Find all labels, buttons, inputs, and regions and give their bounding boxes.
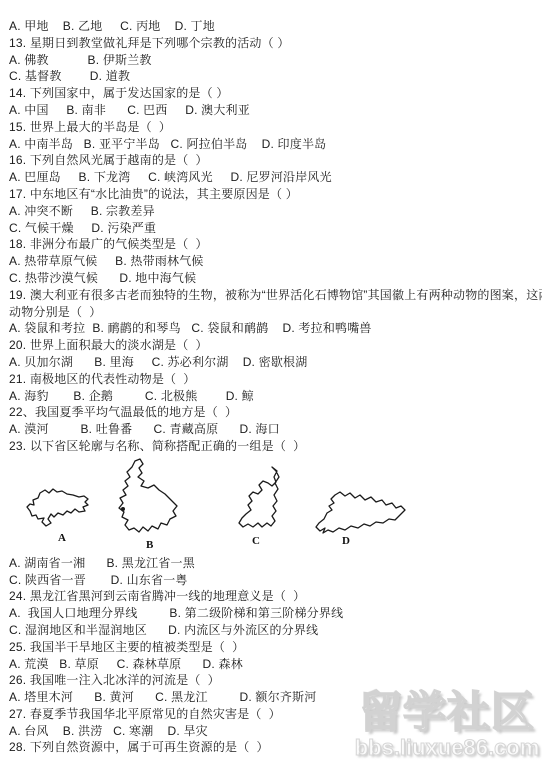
province-shape-d-map	[312, 481, 412, 537]
question-line: A. 袋鼠和考拉 B. 鸸鹋的和琴鸟 C. 袋鼠和鸸鹋 D. 考拉和鸭嘴兽	[9, 320, 542, 337]
question-line: A. 塔里木河 B. 黄河 C. 黑龙江 D. 额尔齐斯河	[9, 689, 542, 706]
question-line: A. 热带草原气候 B. 热带雨林气候	[9, 253, 542, 270]
question-line: C. 热带沙漠气候 D. 地中海气候	[9, 270, 542, 287]
question-line: A. 冲突不断 B. 宗教差异	[9, 203, 542, 220]
question-line: A. 佛教 B. 伊斯兰教	[9, 52, 542, 69]
question-line: 22、我国夏季平均气温最低的地方是（ ）	[9, 404, 542, 421]
province-outline-a: A	[24, 485, 100, 551]
question-line: 21. 南极地区的代表性动物是（ ）	[9, 371, 542, 388]
question-line: A. 中南半岛 B. 亚平宁半岛 C. 阿拉伯半岛 D. 印度半岛	[9, 136, 542, 153]
exam-page: A. 甲地 B. 乙地 C. 丙地 D. 丁地13. 星期日到教堂做礼拜是下列哪…	[0, 0, 542, 762]
question-line: A. 中国 B. 南非 C. 巴西 D. 澳大利亚	[9, 102, 542, 119]
question-line: A. 漠河 B. 吐鲁番 C. 青藏高原 D. 海口	[9, 421, 542, 438]
province-outline-b: B	[112, 457, 190, 553]
question-line: 13. 星期日到教堂做礼拜是下列哪个宗教的活动（ ）	[9, 35, 542, 52]
question-line: A. 巴厘岛 B. 下龙湾 C. 峡湾风光 D. 尼罗河沿岸风光	[9, 169, 542, 186]
province-outline-d: D	[312, 481, 418, 553]
question-line: 20. 世界上面积最大的淡水湖是（ ）	[9, 337, 542, 354]
province-shape-b-map	[112, 457, 184, 543]
question-line: C. 气候干燥 D. 污染严重	[9, 220, 542, 237]
shape-label-a: A	[58, 532, 66, 544]
question-line: 28. 下列自然资源中，属于可再生资源的是（ ）	[9, 739, 542, 756]
question-line: 15. 世界上最大的半岛是（ ）	[9, 119, 542, 136]
province-outline-c: C	[234, 463, 306, 551]
province-outlines-figure: A B C D	[0, 455, 542, 555]
question-line: 27. 春夏季节我国华北平原常见的自然灾害是（ ）	[9, 706, 542, 723]
question-line: 16. 下列自然风光属于越南的是（ ）	[9, 152, 542, 169]
question-line: 18. 非洲分布最广的气候类型是（ ）	[9, 236, 542, 253]
question-line: A. 贝加尔湖 B. 里海 C. 苏必利尔湖 D. 密歇根湖	[9, 354, 542, 371]
question-line: 26. 我国唯一注入北冰洋的河流是（ ）	[9, 672, 542, 689]
question-line: A. 我国人口地理分界线 B. 第二级阶梯和第三阶梯分界线	[9, 605, 542, 622]
question-line: A. 台风 B. 洪涝 C. 寒潮 D. 旱灾	[9, 723, 542, 740]
question-line: 19. 澳大利亚有很多古老而独特的生物，被称为“世界活化石博物馆”其国徽上有两种…	[9, 287, 542, 304]
shape-label-b: B	[146, 539, 153, 551]
question-line: 23. 以下省区轮廓与名称、简称搭配正确的一组是（ ）	[9, 438, 542, 455]
question-lines-top: A. 甲地 B. 乙地 C. 丙地 D. 丁地13. 星期日到教堂做礼拜是下列哪…	[0, 0, 542, 455]
question-line: 25. 我国半干旱地区主要的植被类型是（ ）	[9, 639, 542, 656]
question-line: C. 湿润地区和半湿润地区 D. 内流区与外流区的分界线	[9, 622, 542, 639]
question-line: 24. 黑龙江省黑河到云南省腾冲一线的地理意义是（ ）	[9, 588, 542, 605]
question-line: A. 甲地 B. 乙地 C. 丙地 D. 丁地	[9, 18, 542, 35]
question-line: 17. 中东地区有“水比油贵”的说法，其主要原因是（ ）	[9, 186, 542, 203]
question-line: A. 海豹 B. 企鹅 C. 北极熊 D. 鲸	[9, 388, 542, 405]
question-line: A. 荒漠 B. 草原 C. 森林草原 D. 森林	[9, 656, 542, 673]
province-shape-a-map	[24, 485, 94, 533]
question-line: C. 基督教 D. 道教	[9, 68, 542, 85]
question-line: 14. 下列国家中，属于发达国家的是（ ）	[9, 85, 542, 102]
question-line: 动物分别是（ ）	[9, 304, 542, 321]
shape-label-c: C	[252, 535, 260, 547]
city-dot	[121, 507, 125, 511]
question-line: A. 湖南省一湘 B. 黑龙江省一黑	[9, 555, 542, 572]
question-lines-bottom: A. 湖南省一湘 B. 黑龙江省一黑C. 陕西省一晋 D. 山东省一粤24. 黑…	[0, 555, 542, 757]
shape-label-d: D	[342, 535, 350, 547]
question-line: C. 陕西省一晋 D. 山东省一粤	[9, 572, 542, 589]
province-shape-c-map	[234, 463, 300, 537]
